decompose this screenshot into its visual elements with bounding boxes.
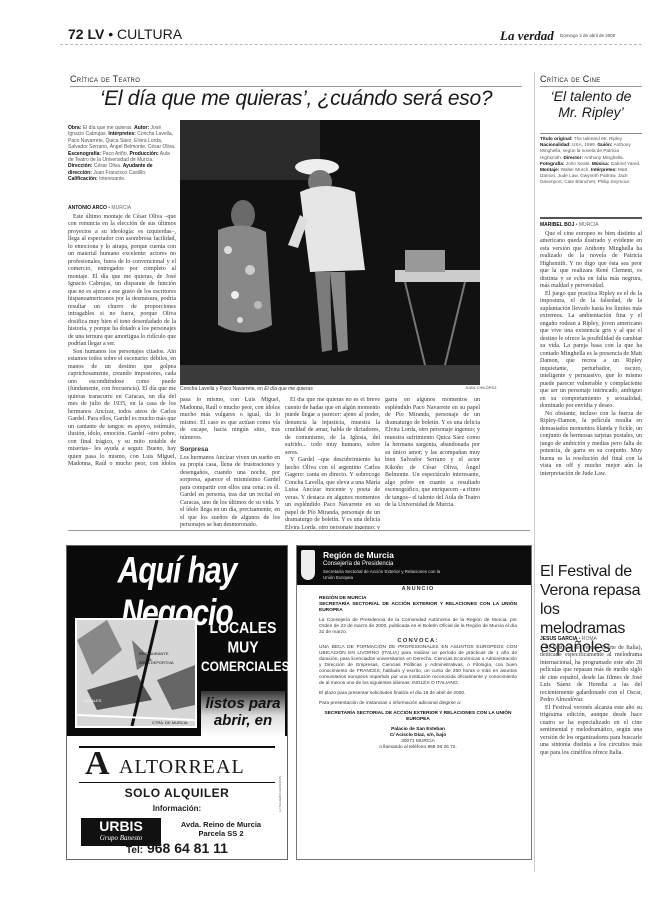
theatre-column-2: pasa lo mismo, con Luis Miguel, Madonna,… [180,397,280,529]
credit-label: Obra: [68,125,81,131]
altorreal-logo: A ALTORREAL [75,748,279,780]
divider [540,133,642,134]
article-headline: ‘El día que me quieras’, ¿cuándo será es… [70,87,522,111]
credit-value: Paco Ariño. [102,151,128,157]
credit-label: Intérpretes: [591,167,617,172]
divider [540,217,642,219]
credit-label: Guión: [597,142,612,147]
credit-label: Calificación: [68,176,98,182]
ad-banner: Aquí hay Negocio RESTAURANTE ÁREA DEPORT… [67,546,287,736]
credit-value: Gabriel Yared. [611,161,641,166]
notice-header: Región de Murcia Consejería de Presidenc… [297,546,531,585]
paragraph: Los hermanos Ancízar viven un sueño en s… [180,455,280,530]
coat-of-arms-icon [301,550,315,580]
credit-value: El día que me quieras. [83,125,133,131]
credit-value: César Oliva. [94,163,122,169]
ad-listos: listos para abrir, en [201,691,285,736]
svg-text:RESTAURANTE: RESTAURANTE [139,651,169,656]
ad-comerciales: COMERCIALES [201,657,285,677]
consejeria-name: Consejería de Presidencia [323,561,393,567]
logo-mark-icon: A [85,748,110,780]
byline-place: • MURCIA [576,222,599,228]
paragraph: Son humanos los personajes citados. Ahí … [68,349,176,469]
notice-intro: La Consejería de Presidencia de la Comun… [319,618,517,636]
subhead: Sorpresa [180,446,280,454]
credit-label: Título original: [540,136,573,141]
paragraph: El día que me quieras no es el breve cue… [285,397,380,457]
paragraph: No obstante, incluso con la fuerza de Ri… [540,411,642,479]
divider [540,86,642,87]
byline-author: MARIBEL BOJ [540,222,574,228]
brand-name: ALTORREAL [119,756,245,779]
paragraph: El Festival veronés alcanza este año su … [540,705,642,758]
theatre-column-4: garra en algunos momentos un espléndido … [385,397,480,529]
byline-place: • ROMA [579,636,597,642]
ad-telephone: Tel: 968 64 81 11 [67,840,287,856]
credit-label: Música: [592,161,609,166]
address-line: Avda. Reino de Murcia [165,820,277,829]
photo-credit: JUAN CHILÓPEZ [465,385,497,390]
section-label-cine: Crítica de Cine [540,74,601,84]
credit-value: Anthony Minghella. [584,155,624,160]
location-map: RESTAURANTE ÁREA DEPORTIVA LOCALES CTRA.… [75,618,197,728]
column-divider [534,72,535,872]
film-headline: ‘El talento de Mr. Ripley’ [540,88,642,120]
urbis-name: URBIS [81,818,161,834]
dateline: Domingo 2 de abril de 2000 [560,33,615,38]
ad-locales-text: LOCALES MUY COMERCIALES [201,618,285,677]
film-body: MARIBEL BOJ • MURCIA Que el cine europeo… [540,222,642,552]
theatre-column-3: El día que me quieras no es el breve cue… [285,397,380,529]
region-name: Región de Murcia [323,550,394,560]
divider [79,782,275,783]
svg-text:CTRA. DE MURCIA: CTRA. DE MURCIA [152,720,188,725]
svg-text:LOCALES: LOCALES [83,698,102,703]
secretaria-name: Secretaría Sectorial de Acción Exterior … [323,569,453,580]
credit-value: Walter Murch. [561,167,590,172]
caption-names: Concha Lavella y Paco Navarrete, en [180,386,264,392]
ad-address: Avda. Reino de Murcia Parcela SS 2 [165,820,277,838]
svg-text:ÁREA DEPORTIVA: ÁREA DEPORTIVA [139,660,174,665]
credit-label: Producción: [129,151,158,157]
advertisement-region-murcia: Región de Murcia Consejería de Presidenc… [296,545,532,860]
notice-beca: UNA BECA DE FORMACIÓN DE PROFESIONALES E… [319,645,517,687]
section-code: LV [87,26,104,42]
byline-author: JESÚS GARCÍA [540,636,577,642]
stage-photo-illustration [180,120,480,385]
divider [68,530,530,531]
notice-body: ANUNCIO REGIÓN DE MURCIA SECRETARÍA SECT… [319,586,517,751]
page-number: 72 [68,26,84,42]
section-name: CULTURA [117,26,182,42]
paragraph: garra en algunos momentos un espléndido … [385,397,480,510]
credit-label: Dirección: [68,163,92,169]
credit-value: USA, 1999. [572,142,596,147]
map-illustration: RESTAURANTE ÁREA DEPORTIVA LOCALES CTRA.… [77,620,195,726]
ad-locales: LOCALES [201,618,285,638]
header-divider [60,44,642,45]
ad-solo-alquiler: SOLO ALQUILER [67,786,287,800]
film-credits: Título original: The talented Mr. Ripley… [540,136,642,186]
credit-label: Autor: [134,125,149,131]
notice-telefono: o llamando al teléfono 968 36 26 72. [319,745,517,751]
credit-value: Juan Francisco Castillo. [93,170,146,176]
notice-secretaria: SECRETARÍA SECTORIAL DE ACCIÓN EXTERIOR … [319,602,517,614]
theatre-column-1: ANTONIO ARCO • MURCIA Este último montaj… [68,205,176,469]
ad-informacion: Información: [67,804,287,813]
ad-vertical-credit: LV TALLERES GRÁFICOS [278,776,282,812]
caption-title: El día que me quieras [264,386,313,392]
credit-label: Montaje: [540,167,559,172]
credit-label: Escenografía: [68,151,101,157]
tel-label: Tel: [126,845,143,856]
paragraph: Y Gardel –que descubrimiento ha hecho Ol… [285,457,380,529]
page-folio: 72 LV • CULTURA [68,26,182,42]
theatre-credits: Obra: El día que me quieras. Autor: José… [68,125,176,183]
festival-body: JESÚS GARCÍA • ROMA El Festival de Veron… [540,636,642,856]
byline: MARIBEL BOJ • MURCIA [540,222,642,230]
credit-value: The talented Mr. Ripley. [574,136,623,141]
address-line: Parcela SS 2 [165,829,277,838]
byline: ANTONIO ARCO • MURCIA [68,205,176,213]
paragraph: El Festival de Verona (norte de Italia),… [540,645,642,705]
masthead-logo: La verdad [500,28,554,44]
paragraph: El juego que practica Ripley es el de la… [540,291,642,411]
ad-muy: MUY [201,638,285,658]
notice-destination: SECRETARÍA SECTORIAL DE ACCIÓN EXTERIOR … [319,711,517,723]
photo-caption: Concha Lavella y Paco Navarrete, en El d… [180,386,313,392]
section-bullet: • [108,26,113,42]
credit-value: Interesante. [99,176,125,182]
section-label-teatro: Crítica de Teatro [70,74,140,84]
credit-label: Director: [563,155,583,160]
byline-place: • MURCIA [108,205,131,211]
credit-label: Fotografía: [540,161,564,166]
paragraph: pasa lo mismo, con Luis Miguel, Madonna,… [180,397,280,442]
credit-label: Intérpretes: [108,131,136,137]
byline: JESÚS GARCÍA • ROMA [540,636,642,644]
credit-value: John Seale. [566,161,591,166]
paragraph: Este último montaje de César Oliva –que … [68,214,176,349]
article-photo [180,120,480,385]
advertisement-altorreal: Aquí hay Negocio RESTAURANTE ÁREA DEPORT… [66,545,288,860]
tel-number: 968 64 81 11 [147,840,228,856]
paragraph: Que el cine europeo es bien distinto al … [540,231,642,291]
byline-author: ANTONIO ARCO [68,205,107,211]
notice-convoca: CONVOCA: [319,638,517,644]
credit-label: Nacionalidad: [540,142,571,147]
